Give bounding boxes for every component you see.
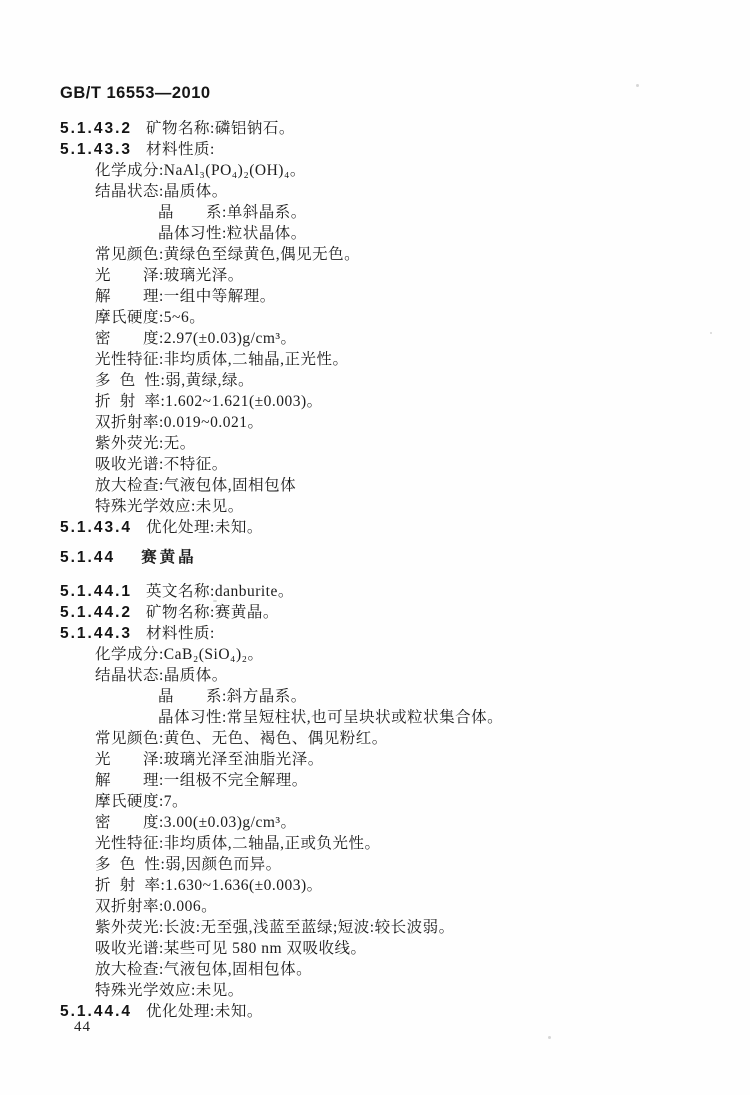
line-text: 摩氏硬度:5~6。 xyxy=(95,309,205,326)
document-line: 解 理:一组中等解理。 xyxy=(0,286,750,307)
document-line: 密 度:2.97(±0.03)g/cm³。 xyxy=(0,328,750,349)
line-text: 光 泽:玻璃光泽至油脂光泽。 xyxy=(95,751,324,768)
document-line: 解 理:一组极不完全解理。 xyxy=(0,770,750,791)
document-line: 紫外荧光:长波:无至强,浅蓝至蓝绿;短波:较长波弱。 xyxy=(0,917,750,938)
line-text: 赛黄晶 xyxy=(141,549,197,566)
document-line: 紫外荧光:无。 xyxy=(0,433,750,454)
document-line: 5.1.43.4优化处理:未知。 xyxy=(0,517,750,538)
clause-number: 5.1.43.2 xyxy=(60,120,132,137)
document-line: 晶体习性:粒状晶体。 xyxy=(0,223,750,244)
line-text: 晶 系:斜方晶系。 xyxy=(158,688,307,705)
document-line: 摩氏硬度:7。 xyxy=(0,791,750,812)
document-line: 常见颜色:黄色、无色、褐色、偶见粉红。 xyxy=(0,728,750,749)
document-line: 摩氏硬度:5~6。 xyxy=(0,307,750,328)
line-text: 光 泽:玻璃光泽。 xyxy=(95,267,244,284)
document-lines: 5.1.43.2矿物名称:磷铝钠石。5.1.43.3材料性质:化学成分:NaAl… xyxy=(0,118,750,1022)
document-line: 5.1.44.4优化处理:未知。 xyxy=(0,1001,750,1022)
scan-speck xyxy=(636,84,639,87)
document-line: 密 度:3.00(±0.03)g/cm³。 xyxy=(0,812,750,833)
line-text: 晶体习性:常呈短柱状,也可呈块状或粒状集合体。 xyxy=(158,709,503,726)
document-line: 常见颜色:黄绿色至绿黄色,偶见无色。 xyxy=(0,244,750,265)
line-text: 材料性质: xyxy=(146,625,215,642)
line-text: 优化处理:未知。 xyxy=(146,519,263,536)
document-line: 折 射 率:1.602~1.621(±0.003)。 xyxy=(0,391,750,412)
line-text: 矿物名称:磷铝钠石。 xyxy=(146,120,295,137)
line-text: 吸收光谱:不特征。 xyxy=(95,456,228,473)
document-line: 吸收光谱:不特征。 xyxy=(0,454,750,475)
document-line: 多 色 性:弱,因颜色而异。 xyxy=(0,854,750,875)
clause-number: 5.1.43.3 xyxy=(60,141,132,158)
line-text: 吸收光谱:某些可见 580 nm 双吸收线。 xyxy=(95,940,367,957)
document-line: 吸收光谱:某些可见 580 nm 双吸收线。 xyxy=(0,938,750,959)
document-line: 多 色 性:弱,黄绿,绿。 xyxy=(0,370,750,391)
line-text: 特殊光学效应:未见。 xyxy=(95,498,244,515)
document-line: 晶 系:单斜晶系。 xyxy=(0,202,750,223)
line-text: 常见颜色:黄绿色至绿黄色,偶见无色。 xyxy=(95,246,360,263)
section-heading-line: 5.1.44赛黄晶 xyxy=(0,547,750,568)
document-line: 晶 系:斜方晶系。 xyxy=(0,686,750,707)
line-text: 折 射 率:1.630~1.636(±0.003)。 xyxy=(95,877,323,894)
document-line: 5.1.43.3材料性质: xyxy=(0,139,750,160)
line-text: 解 理:一组极不完全解理。 xyxy=(95,772,308,789)
line-text: 矿物名称:赛黄晶。 xyxy=(146,604,279,621)
clause-number: 5.1.43.4 xyxy=(60,519,132,536)
document-line: 光性特征:非均质体,二轴晶,正光性。 xyxy=(0,349,750,370)
line-text: 双折射率:0.019~0.021。 xyxy=(95,414,263,431)
line-text: 光性特征:非均质体,二轴晶,正或负光性。 xyxy=(95,835,381,852)
line-text: 多 色 性:弱,黄绿,绿。 xyxy=(95,372,254,389)
document-line: 光 泽:玻璃光泽。 xyxy=(0,265,750,286)
line-text: 晶体习性:粒状晶体。 xyxy=(158,225,307,242)
line-text: 化学成分:NaAl₃(PO₄)₂(OH)₄。 xyxy=(95,162,306,179)
scan-speck xyxy=(213,600,217,602)
document-line: 晶体习性:常呈短柱状,也可呈块状或粒状集合体。 xyxy=(0,707,750,728)
line-text: 优化处理:未知。 xyxy=(146,1003,263,1020)
line-text: 材料性质: xyxy=(146,141,215,158)
scanned-document-page: GB/T 16553—2010 5.1.43.2矿物名称:磷铝钠石。5.1.43… xyxy=(0,0,750,1095)
document-line: 化学成分:NaAl₃(PO₄)₂(OH)₄。 xyxy=(0,160,750,181)
document-line: 折 射 率:1.630~1.636(±0.003)。 xyxy=(0,875,750,896)
document-line: 5.1.44.1英文名称:danburite。 xyxy=(0,581,750,602)
clause-number: 5.1.44.4 xyxy=(60,1003,132,1020)
document-line: 放大检查:气液包体,固相包体 xyxy=(0,475,750,496)
line-text: 紫外荧光:长波:无至强,浅蓝至蓝绿;短波:较长波弱。 xyxy=(95,919,455,936)
line-text: 光性特征:非均质体,二轴晶,正光性。 xyxy=(95,351,349,368)
document-line: 结晶状态:晶质体。 xyxy=(0,665,750,686)
line-text: 密 度:3.00(±0.03)g/cm³。 xyxy=(95,814,297,831)
clause-number: 5.1.44.3 xyxy=(60,625,132,642)
line-text: 密 度:2.97(±0.03)g/cm³。 xyxy=(95,330,297,347)
line-text: 特殊光学效应:未见。 xyxy=(95,982,244,999)
clause-number: 5.1.44.1 xyxy=(60,583,132,600)
document-line: 双折射率:0.019~0.021。 xyxy=(0,412,750,433)
clause-number: 5.1.44 xyxy=(60,549,115,566)
line-text: 紫外荧光:无。 xyxy=(95,435,196,452)
line-text: 晶 系:单斜晶系。 xyxy=(158,204,307,221)
document-line: 结晶状态:晶质体。 xyxy=(0,181,750,202)
line-text: 常见颜色:黄色、无色、褐色、偶见粉红。 xyxy=(95,730,388,747)
document-line: 5.1.44.2矿物名称:赛黄晶。 xyxy=(0,602,750,623)
document-line: 特殊光学效应:未见。 xyxy=(0,980,750,1001)
clause-number: 5.1.44.2 xyxy=(60,604,132,621)
line-text: 放大检查:气液包体,固相包体。 xyxy=(95,961,312,978)
line-text: 双折射率:0.006。 xyxy=(95,898,217,915)
standard-number-header: GB/T 16553—2010 xyxy=(60,84,211,103)
document-line: 放大检查:气液包体,固相包体。 xyxy=(0,959,750,980)
line-text: 化学成分:CaB₂(SiO₄)₂。 xyxy=(95,646,264,663)
line-text: 结晶状态:晶质体。 xyxy=(95,183,228,200)
document-line: 光 泽:玻璃光泽至油脂光泽。 xyxy=(0,749,750,770)
line-text: 多 色 性:弱,因颜色而异。 xyxy=(95,856,282,873)
document-line: 5.1.44.3材料性质: xyxy=(0,623,750,644)
line-text: 结晶状态:晶质体。 xyxy=(95,667,228,684)
document-line: 光性特征:非均质体,二轴晶,正或负光性。 xyxy=(0,833,750,854)
document-line: 双折射率:0.006。 xyxy=(0,896,750,917)
scan-speck xyxy=(548,1036,551,1039)
line-text: 放大检查:气液包体,固相包体 xyxy=(95,477,296,494)
document-line: 5.1.43.2矿物名称:磷铝钠石。 xyxy=(0,118,750,139)
document-line: 特殊光学效应:未见。 xyxy=(0,496,750,517)
line-text: 英文名称:danburite。 xyxy=(146,583,294,600)
line-text: 折 射 率:1.602~1.621(±0.003)。 xyxy=(95,393,323,410)
document-line: 化学成分:CaB₂(SiO₄)₂。 xyxy=(0,644,750,665)
line-text: 摩氏硬度:7。 xyxy=(95,793,188,810)
line-text: 解 理:一组中等解理。 xyxy=(95,288,276,305)
scan-speck xyxy=(710,332,712,334)
page-number: 44 xyxy=(74,1019,91,1036)
